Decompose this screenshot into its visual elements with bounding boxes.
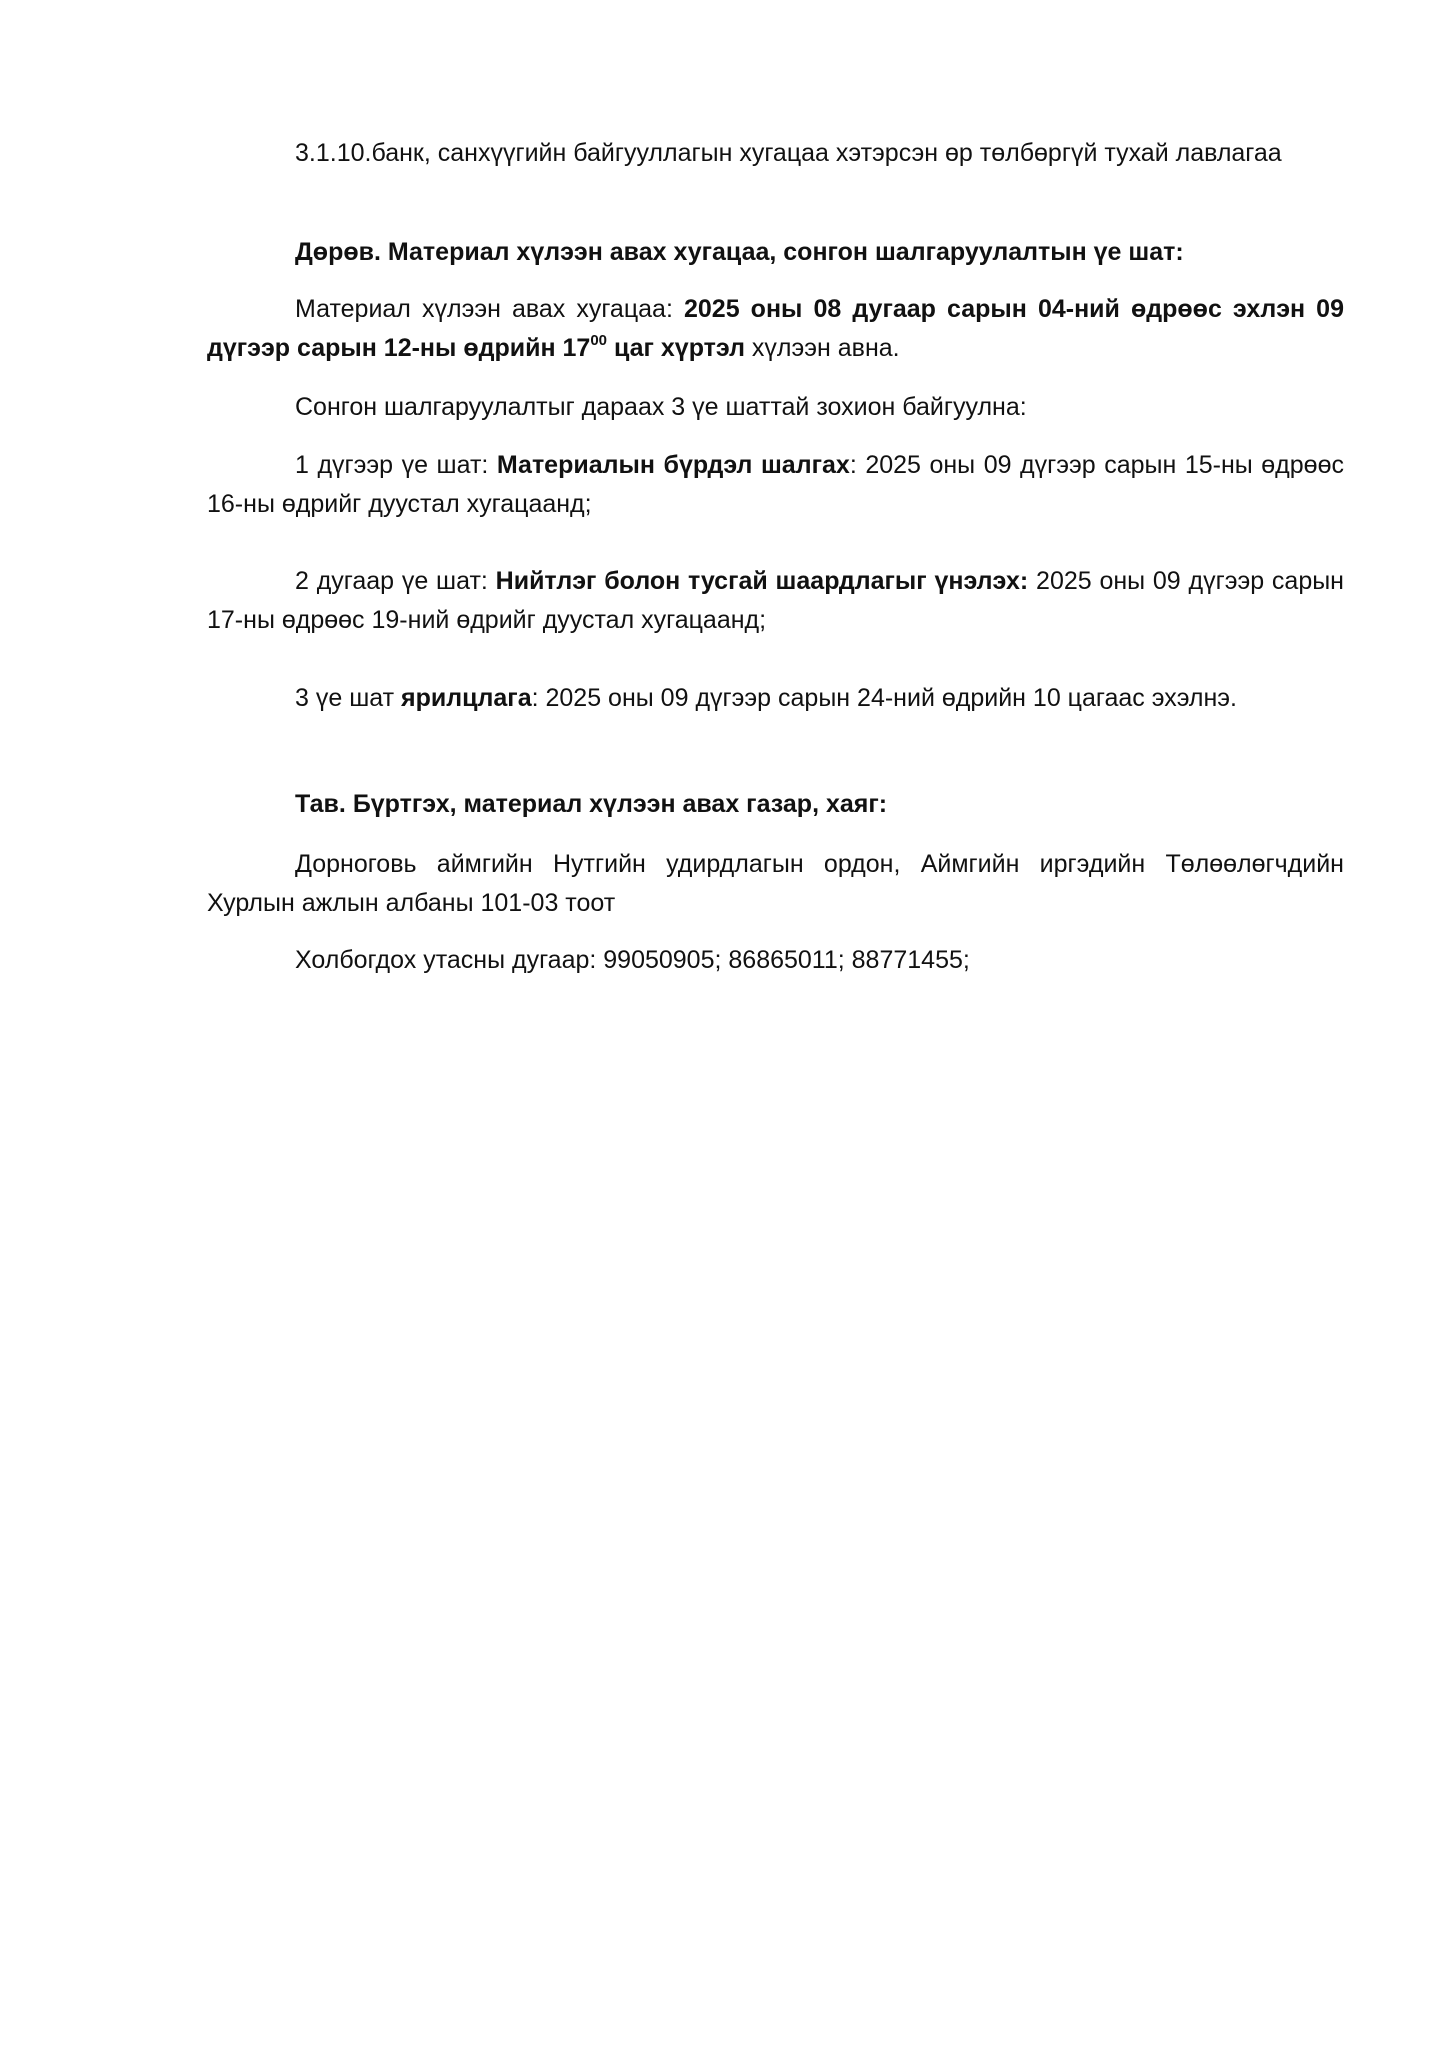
document-page: 3.1.10.банк, санхүүгийн байгууллагын хуг… [0, 0, 1449, 2048]
stage-3-period: : 2025 оны 09 дүгээр сарын 24-ний өдрийн… [532, 684, 1237, 712]
submission-period-label: Материал хүлээн авах хугацаа: [295, 295, 684, 323]
section-heading-text: Дөрөв. Материал хүлээн авах хугацаа, сон… [295, 238, 1184, 266]
submission-period-paragraph: Материал хүлээн авах хугацаа: 2025 оны 0… [207, 290, 1344, 368]
stage-1-title: Материалын бүрдэл шалгах [497, 451, 850, 479]
section-heading-five: Тав. Бүртгэх, материал хүлээн авах газар… [207, 785, 1344, 824]
contact-phones-paragraph: Холбогдох утасны дугаар: 99050905; 86865… [207, 941, 1344, 980]
stage-1-paragraph: 1 дүгээр үе шат: Материалын бүрдэл шалга… [207, 446, 1344, 524]
stage-2-paragraph: 2 дугаар үе шат: Нийтлэг болон тусгай ша… [207, 562, 1344, 640]
requirement-item-3-1-10: 3.1.10.банк, санхүүгийн байгууллагын хуг… [207, 134, 1344, 173]
selection-stages-intro: Сонгон шалгаруулалтыг дараах 3 үе шаттай… [207, 388, 1344, 427]
stage-3-title: ярилцлага [401, 684, 532, 712]
section-heading-text: Тав. Бүртгэх, материал хүлээн авах газар… [295, 790, 887, 818]
address-text: Дорноговь аймгийн Нутгийн удирдлагын орд… [207, 850, 1344, 917]
stage-2-label: 2 дугаар үе шат: [295, 567, 496, 595]
submission-period-tail: хүлээн авна. [745, 334, 900, 362]
stage-1-label: 1 дүгээр үе шат: [295, 451, 497, 479]
time-minutes-superscript: 00 [590, 332, 607, 349]
stage-3-paragraph: 3 үе шат ярилцлага: 2025 оны 09 дүгээр с… [207, 679, 1344, 718]
requirement-text: 3.1.10.банк, санхүүгийн байгууллагын хуг… [295, 139, 1282, 167]
selection-stages-intro-text: Сонгон шалгаруулалтыг дараах 3 үе шаттай… [295, 393, 1027, 421]
contact-phones-text: Холбогдох утасны дугаар: 99050905; 86865… [295, 946, 970, 974]
stage-3-label: 3 үе шат [295, 684, 401, 712]
section-heading-four: Дөрөв. Материал хүлээн авах хугацаа, сон… [207, 233, 1344, 272]
submission-deadline-suffix: цаг хүртэл [607, 334, 745, 362]
stage-2-title: Нийтлэг болон тусгай шаардлагыг үнэлэх: [496, 567, 1029, 595]
address-paragraph: Дорноговь аймгийн Нутгийн удирдлагын орд… [207, 845, 1344, 923]
